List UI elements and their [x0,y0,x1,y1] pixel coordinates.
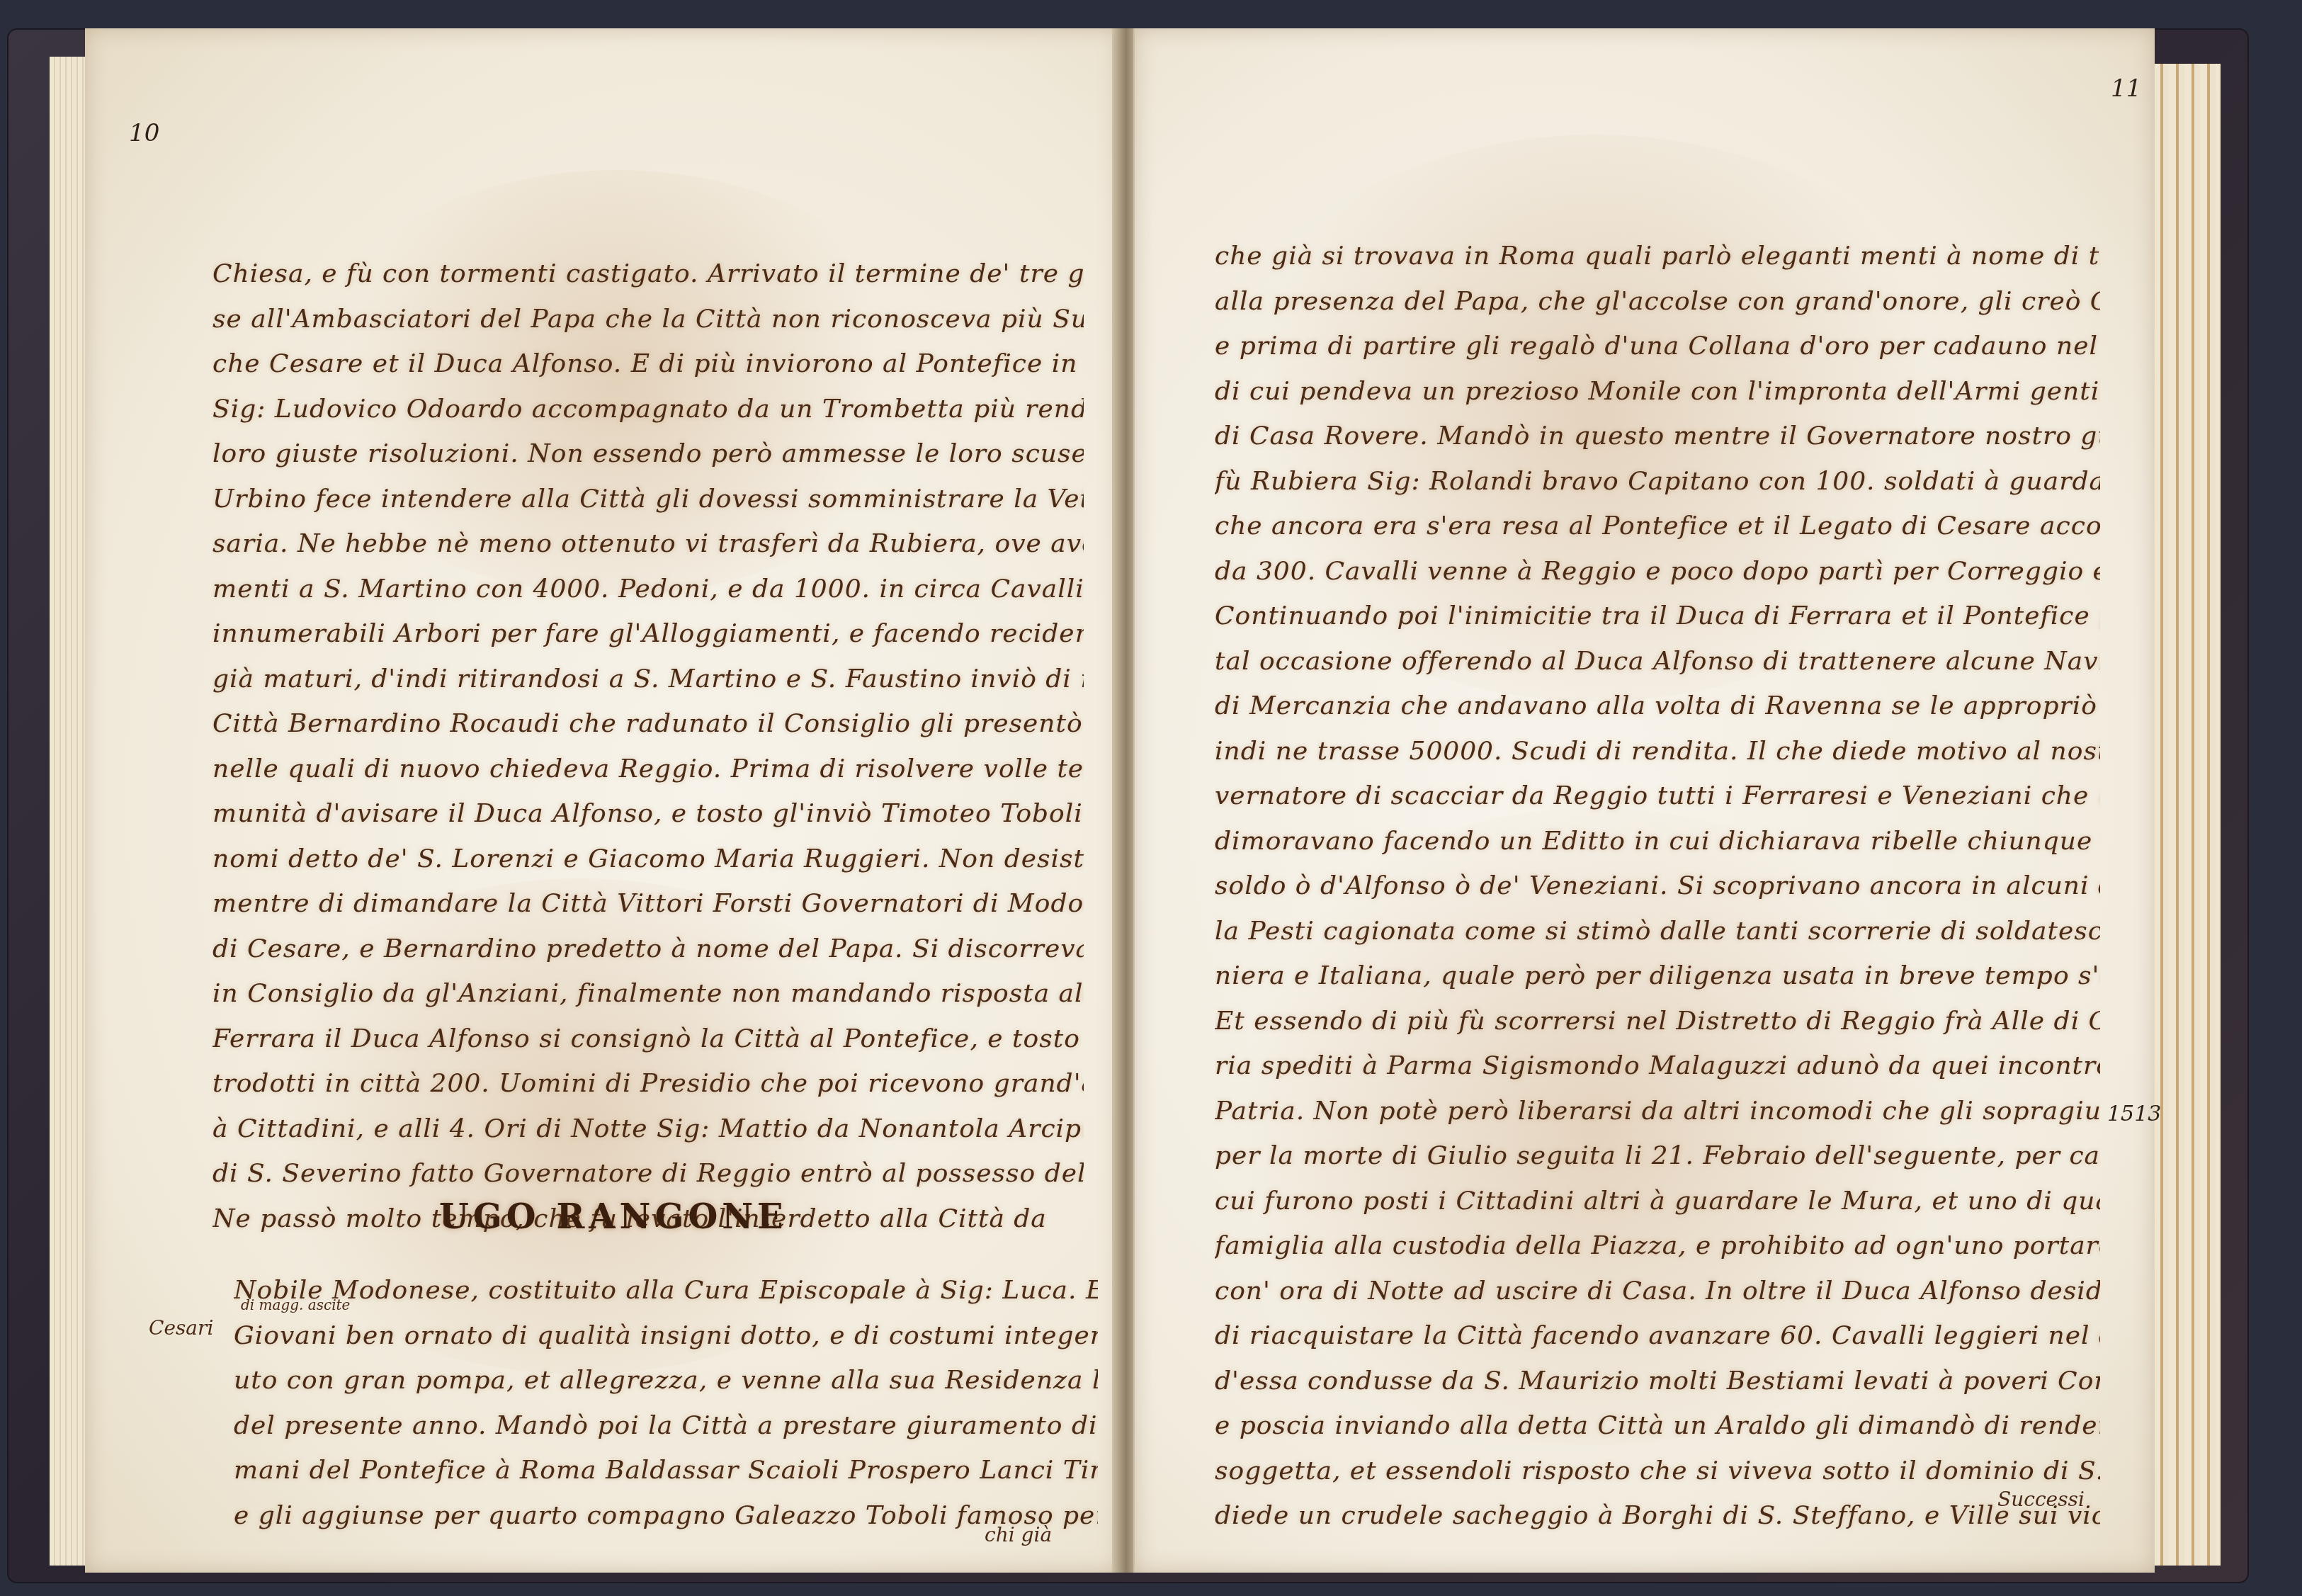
text-line: di Casa Rovere. Mandò in questo mentre i… [1215,414,2100,459]
text-line: di cui pendeva un prezioso Monile con l'… [1215,369,2100,414]
folio-number-left: 10 [129,119,159,147]
text-line: soldo ò d'Alfonso ò de' Veneziani. Si sc… [1215,864,2100,909]
margin-note-left: Cesari [149,1316,213,1340]
text-line: niera e Italiana, quale però per diligen… [1215,953,2100,999]
margin-year-note: 1513 [2107,1102,2161,1126]
text-line: trodotti in città 200. Uomini di Presidi… [212,1061,1084,1107]
text-line: mani del Pontefice à Roma Baldassar Scai… [234,1448,1098,1493]
text-line: e poscia inviando alla detta Città un Ar… [1215,1403,2100,1449]
text-line: in Consiglio da gl'Anziani, finalmente n… [212,971,1084,1017]
text-line: che ancora era s'era resa al Pontefice e… [1215,504,2100,549]
text-line: di Mercanzia che andavano alla volta di … [1215,684,2100,729]
text-line: d'essa condusse da S. Maurizio molti Bes… [1215,1359,2100,1404]
text-line: che Cesare et il Duca Alfonso. E di più … [212,341,1084,387]
text-line: Patria. Non potè però liberarsi da altri… [1215,1089,2100,1134]
text-line: da 300. Cavalli venne à Reggio e poco do… [1215,549,2100,594]
right-page-edges [2153,64,2221,1566]
text-line: loro giuste risoluzioni. Non essendo per… [212,431,1084,477]
text-line: diede un crudele sacheggio à Borghi di S… [1215,1493,2100,1539]
text-line: Ferrara il Duca Alfonso si consignò la C… [212,1017,1084,1062]
text-line: Città Bernardino Rocaudi che radunato il… [212,701,1084,747]
left-page-text-after-heading: Nobile Modonese, costituito alla Cura Ep… [234,1268,1098,1538]
text-line: Urbino fece intendere alla Città gli dov… [212,477,1084,522]
section-heading: UGO RANGONE [439,1197,788,1237]
text-line: munità d'avisare il Duca Alfonso, e tost… [212,791,1084,837]
left-page-text: Chiesa, e fù con tormenti castigato. Arr… [212,251,1084,1241]
text-line: vernatore di scacciar da Reggio tutti i … [1215,774,2100,819]
text-line: dimoravano facendo un Editto in cui dich… [1215,819,2100,864]
text-line: e prima di partire gli regalò d'una Coll… [1215,324,2100,369]
text-line: soggetta, et essendoli risposto che si v… [1215,1449,2100,1494]
text-line: Nobile Modonese, costituito alla Cura Ep… [234,1268,1098,1313]
text-line: che già si trovava in Roma quali parlò e… [1215,234,2100,279]
text-line: di S. Severino fatto Governatore di Regg… [212,1151,1084,1196]
text-line: Continuando poi l'inimicitie tra il Duca… [1215,594,2100,639]
text-line: Et essendo di più fù scorrersi nel Distr… [1215,999,2100,1044]
text-line: già maturi, d'indi ritirandosi a S. Mart… [212,657,1084,702]
text-line: famiglia alla custodia della Piazza, e p… [1215,1223,2100,1269]
catchword-left: chi già [985,1523,1052,1546]
text-line: uto con gran pompa, et allegrezza, e ven… [234,1358,1098,1403]
text-line: innumerabili Arbori per fare gl'Alloggia… [212,611,1084,657]
text-line: Chiesa, e fù con tormenti castigato. Arr… [212,251,1084,297]
text-line: e gli aggiunse per quarto compagno Galea… [234,1493,1098,1539]
folio-number-right: 11 [2111,74,2141,103]
text-line: menti a S. Martino con 4000. Pedoni, e d… [212,567,1084,612]
text-line: di riacquistare la Città facendo avanzar… [1215,1313,2100,1359]
text-line: Giovani ben ornato di qualità insigni do… [234,1313,1098,1359]
catchword-right: Successi [1997,1488,2085,1511]
right-page-text: che già si trovava in Roma quali parlò e… [1215,234,2100,1539]
text-line: di Cesare, e Bernardino predetto à nome … [212,927,1084,972]
text-line: la Pesti cagionata come si stimò dalle t… [1215,909,2100,954]
text-line: nomi detto de' S. Lorenzi e Giacomo Mari… [212,837,1084,882]
text-line: Sig: Ludovico Odoardo accompagnato da un… [212,387,1084,432]
text-line: indi ne trasse 50000. Scudi di rendita. … [1215,729,2100,774]
text-line: saria. Ne hebbe nè meno ottenuto vi tras… [212,521,1084,567]
text-line: mentre di dimandare la Città Vittori For… [212,881,1084,927]
text-line: cui furono posti i Cittadini altri à gua… [1215,1179,2100,1224]
text-line: alla presenza del Papa, che gl'accolse c… [1215,279,2100,324]
text-line: se all'Ambasciatori del Papa che la Citt… [212,297,1084,342]
text-line: nelle quali di nuovo chiedeva Reggio. Pr… [212,747,1084,792]
text-line: fù Rubiera Sig: Rolandi bravo Capitano c… [1215,459,2100,504]
text-line: à Cittadini, e alli 4. Ori di Notte Sig:… [212,1107,1084,1152]
text-line: tal occasione offerendo al Duca Alfonso … [1215,639,2100,684]
text-line: con' ora di Notte ad uscire di Casa. In … [1215,1269,2100,1314]
text-line: ria spediti à Parma Sigismondo Malaguzzi… [1215,1043,2100,1089]
text-line: del presente anno. Mandò poi la Città a … [234,1403,1098,1449]
text-line: per la morte di Giulio seguita li 21. Fe… [1215,1133,2100,1179]
